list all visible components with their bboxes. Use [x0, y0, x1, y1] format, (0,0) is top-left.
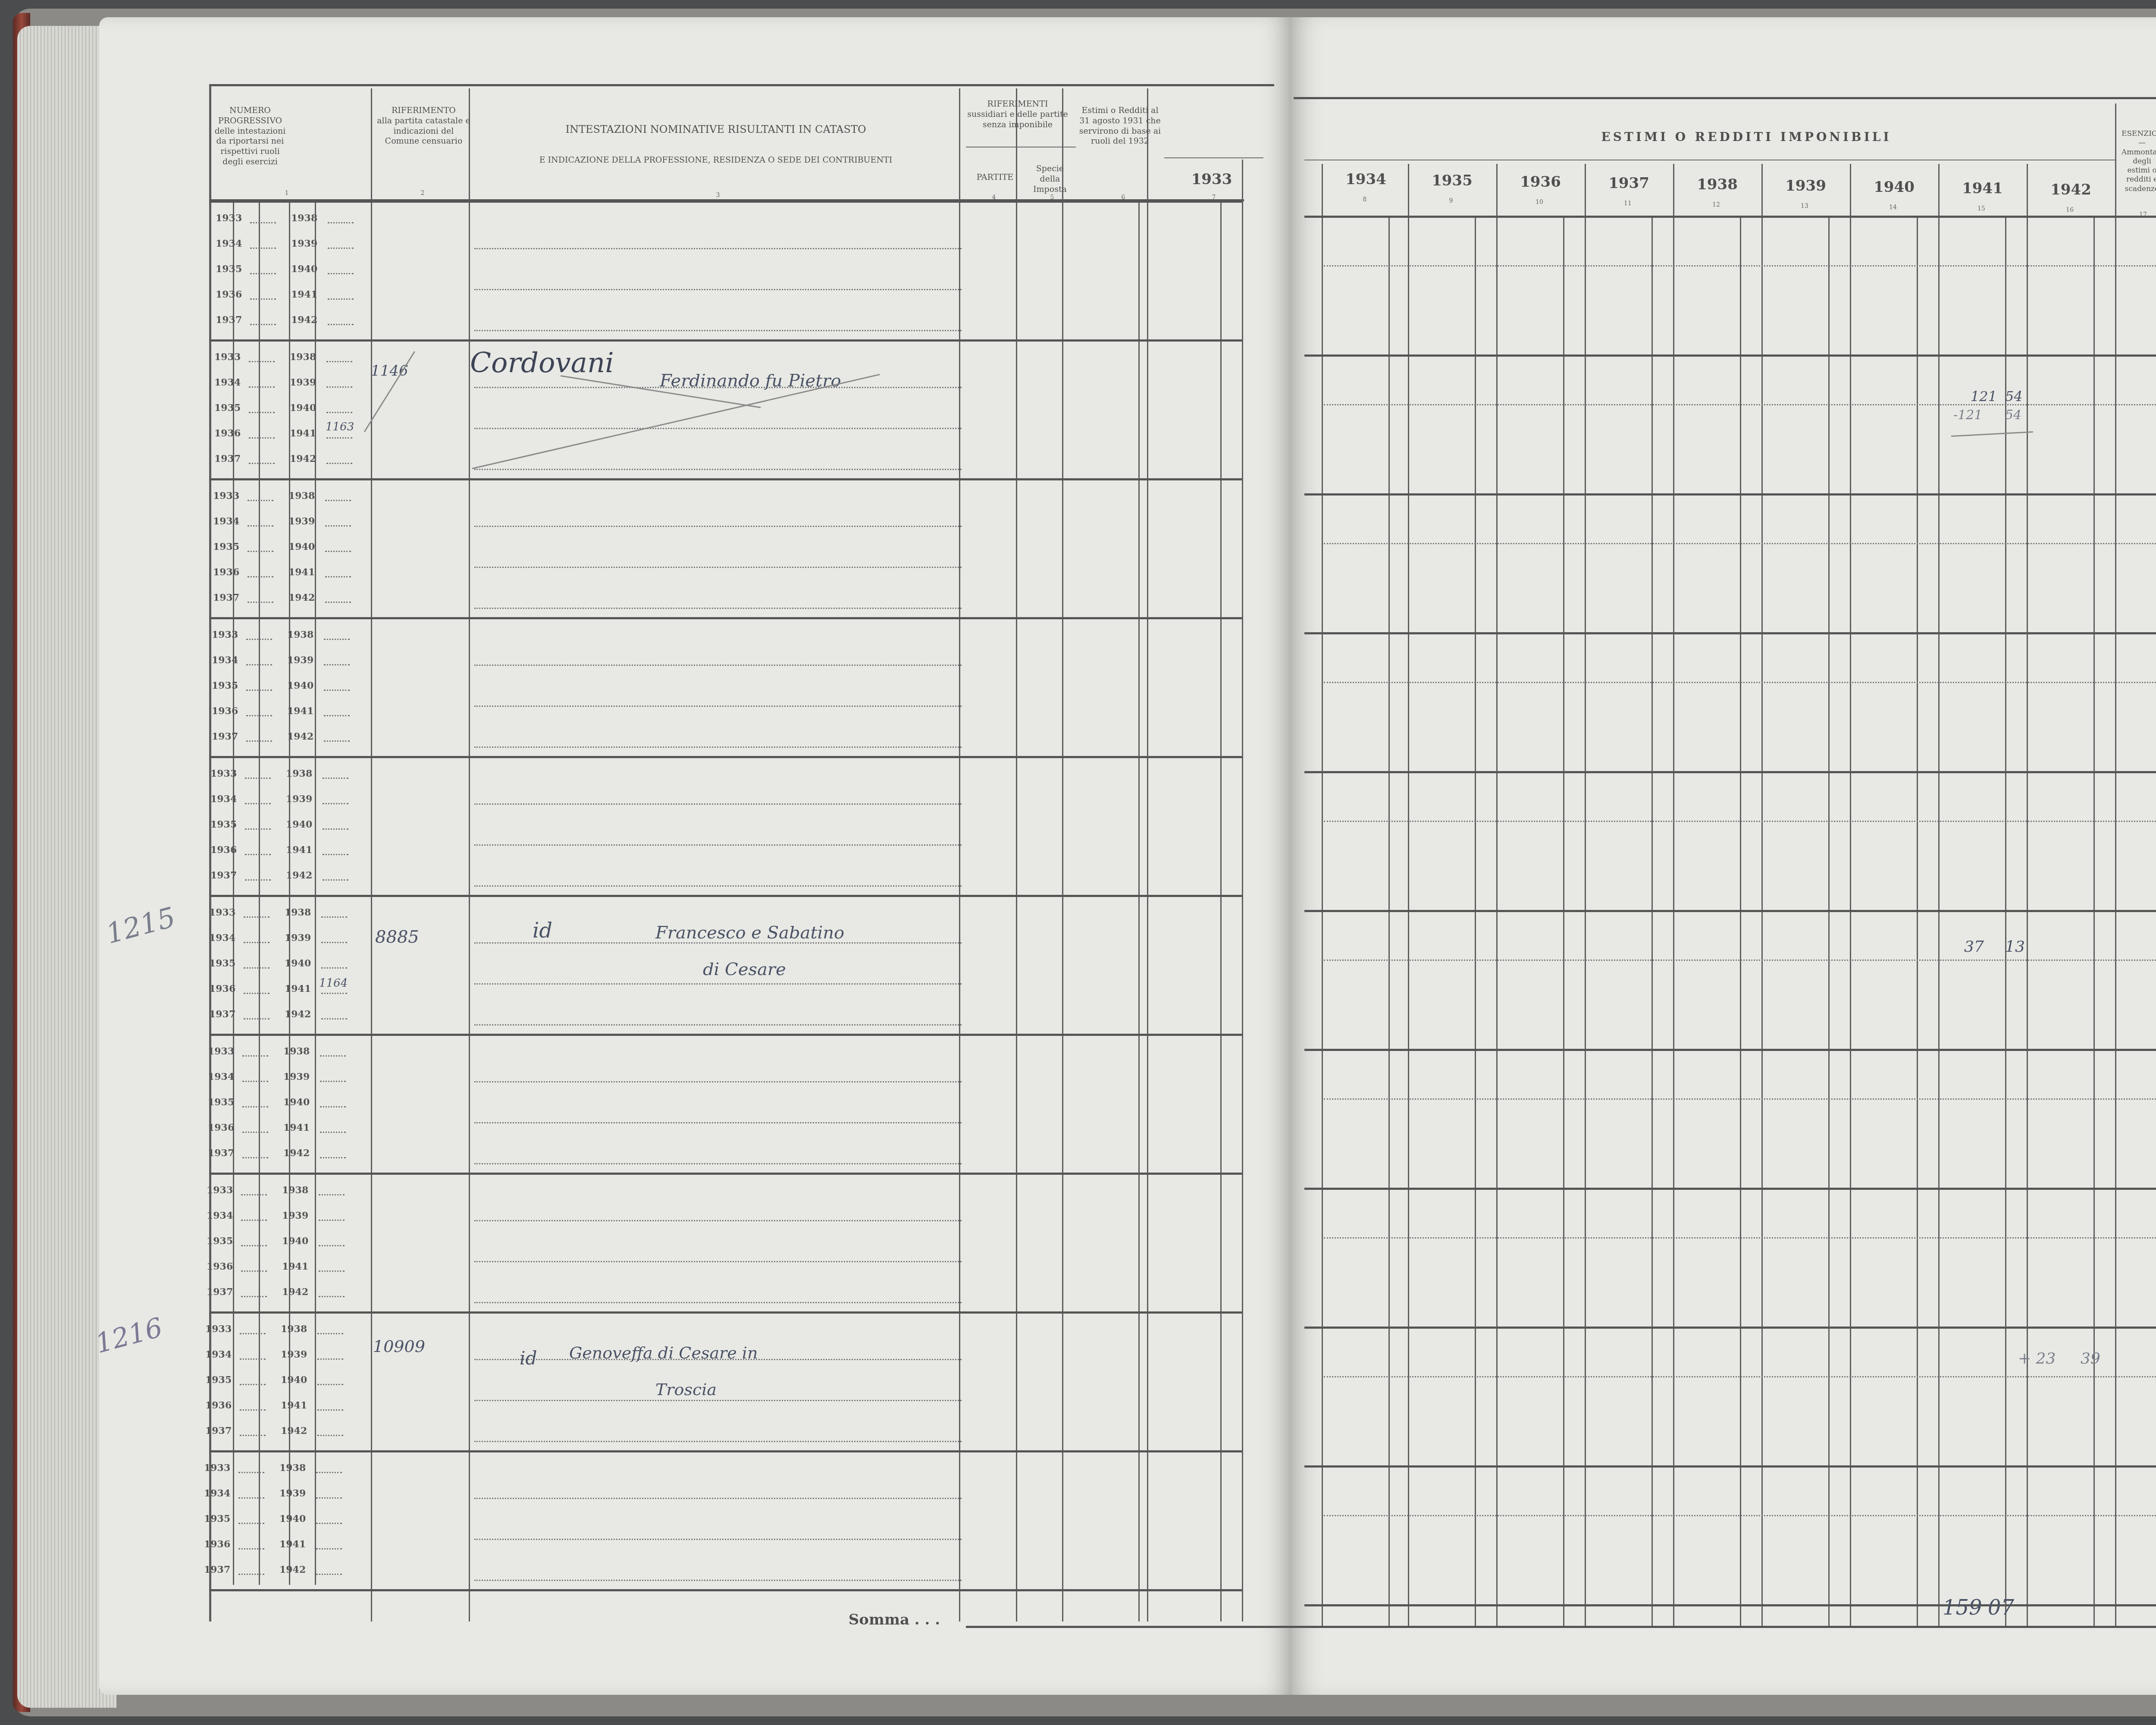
year-label: 1937	[205, 1425, 232, 1436]
header-col7-year: 1933	[1169, 170, 1255, 189]
value-line	[1324, 1376, 2156, 1377]
year-label: 1942	[283, 1148, 310, 1159]
year-label: 1942	[288, 592, 315, 603]
year-label: 1941	[282, 1261, 308, 1272]
name-line	[474, 1261, 962, 1262]
dotted-leader	[241, 1270, 267, 1272]
row-block-divider-right	[1304, 354, 2156, 357]
dotted-leader	[323, 879, 348, 881]
name-line	[474, 567, 962, 568]
dotted-leader	[249, 437, 275, 439]
dotted-leader	[325, 576, 351, 577]
header-year-num: 12	[1710, 201, 1723, 208]
dotted-leader	[246, 690, 272, 691]
entry-name-line2: di Cesare	[703, 960, 786, 979]
header-year-num: 16	[2063, 207, 2076, 213]
year-label: 1940	[283, 1097, 310, 1108]
dotted-leader	[244, 967, 269, 969]
year-label: 1934	[216, 238, 242, 249]
row-block-divider-left	[209, 756, 1242, 758]
name-line	[474, 706, 962, 707]
dotted-leader	[324, 664, 350, 665]
year-label: 1936	[214, 428, 241, 439]
entry-progressive-note: 1163	[326, 420, 354, 433]
dotted-leader	[241, 1245, 267, 1246]
name-line	[474, 1024, 962, 1026]
col-sub-right	[1563, 216, 1564, 1626]
year-label: 1940	[281, 1374, 307, 1386]
left-page	[99, 17, 1291, 1695]
year-label: 1942	[281, 1425, 307, 1436]
value-line	[1324, 265, 2156, 267]
value-line	[1324, 821, 2156, 822]
dotted-leader	[248, 576, 273, 577]
col-sub-right	[1917, 216, 1918, 1626]
header-year-num: 13	[1798, 203, 1811, 210]
name-line	[474, 1122, 962, 1123]
entry-prefix: id	[520, 1348, 537, 1369]
year-label: 1935	[209, 958, 235, 969]
entry-prefix: id	[533, 919, 552, 943]
year-label: 1939	[287, 655, 313, 666]
dotted-leader	[325, 500, 351, 501]
year-label: 1937	[204, 1564, 230, 1575]
dotted-leader	[250, 298, 276, 300]
name-line	[474, 330, 962, 331]
header-col1-num: 1	[280, 190, 293, 197]
year-label: 1937	[214, 453, 241, 464]
year-label: 1934	[208, 1071, 234, 1082]
year-label: 1936	[212, 706, 238, 717]
year-label: 1933	[210, 768, 237, 779]
header-year-1935: 1935	[1408, 172, 1496, 190]
header-col17: ESENZIONI — Ammontare degli estimi o red…	[2122, 129, 2156, 194]
value-line	[1324, 960, 2156, 961]
name-line	[474, 1580, 962, 1581]
year-label: 1938	[283, 1046, 310, 1057]
year-label: 1937	[212, 731, 238, 742]
dotted-leader	[317, 1409, 343, 1411]
dotted-leader	[246, 639, 272, 640]
dotted-leader	[324, 690, 350, 691]
col-divider-right	[1938, 164, 1940, 1626]
dotted-leader	[245, 778, 271, 779]
name-line	[474, 983, 962, 985]
col-sub-right	[1828, 216, 1830, 1626]
row-block-divider-left	[209, 1450, 1242, 1452]
year-label: 1936	[207, 1261, 233, 1272]
header-col45-desc: sussidiari e delle partite senza imponib…	[966, 110, 1069, 130]
name-line	[474, 469, 962, 470]
col-sub-right	[2093, 216, 2095, 1626]
year-label: 1933	[216, 213, 242, 224]
header-col45: RIFERIMENTI sussidiari e delle partite s…	[966, 99, 1069, 130]
dotted-leader	[250, 324, 276, 325]
col-divider-right	[1585, 164, 1586, 1626]
row-block-divider-left	[209, 1034, 1242, 1036]
header-year-1934: 1934	[1322, 170, 1410, 189]
dotted-leader	[320, 1081, 346, 1082]
row-block-divider-right	[1304, 1327, 2156, 1329]
header-col17-dash: —	[2122, 138, 2156, 147]
header-col6: Estimi o Redditi al 31 agosto 1931 che s…	[1078, 106, 1162, 147]
year-label: 1941	[285, 983, 311, 994]
dotted-leader	[321, 993, 347, 994]
year-label: 1935	[210, 819, 237, 830]
dotted-leader	[240, 1358, 266, 1360]
entry-name-line1: Francesco e Sabatino	[655, 923, 844, 943]
value-line	[1324, 543, 2156, 544]
year-label: 1942	[282, 1286, 308, 1298]
year-label: 1939	[281, 1349, 307, 1360]
name-line	[474, 1539, 962, 1540]
row-block-divider-right	[1304, 1049, 2156, 1051]
year-label: 1933	[212, 629, 238, 640]
header-col17-desc: Ammontare degli estimi o redditi e scade…	[2122, 148, 2156, 194]
year-label: 1933	[214, 351, 241, 363]
dotted-leader	[326, 361, 352, 362]
entry-progressive-note: 1164	[319, 977, 348, 990]
col-divider-right	[1761, 164, 1763, 1626]
header-col2: RIFERIMENTO alla partita catastale e ind…	[375, 106, 472, 147]
name-line	[474, 526, 962, 527]
row-block-divider-right	[1304, 1604, 2156, 1606]
row-block-divider-left	[209, 1589, 1242, 1591]
year-label: 1942	[286, 870, 312, 881]
dotted-leader	[248, 525, 273, 527]
dotted-leader	[321, 967, 347, 969]
year-label: 1941	[287, 706, 313, 717]
dotted-leader	[325, 525, 351, 527]
dotted-leader	[321, 942, 347, 943]
name-line	[474, 428, 962, 429]
header-year-1939: 1939	[1761, 177, 1850, 195]
year-label: 1934	[213, 516, 239, 527]
header-col17-num: 17	[2139, 211, 2147, 218]
year-label: 1942	[279, 1564, 306, 1575]
header-col6-num: 6	[1119, 194, 1128, 201]
value-1941-dec: 13	[2005, 938, 2025, 956]
col7-sub	[1220, 203, 1222, 1621]
header-col3-num: 3	[711, 192, 724, 199]
year-label: 1934	[214, 377, 241, 388]
dotted-leader	[249, 386, 275, 388]
dotted-leader	[242, 1157, 268, 1158]
value-line	[1324, 1098, 2156, 1100]
year-label: 1934	[209, 932, 235, 944]
value-1941-int: 37	[1964, 938, 1984, 956]
year-label: 1934	[212, 655, 238, 666]
dotted-leader	[238, 1574, 264, 1575]
header-year-1942: 1942	[2027, 181, 2115, 199]
col-sub-right	[1388, 216, 1390, 1626]
row-block-divider-right	[1304, 910, 2156, 912]
name-line	[474, 289, 962, 290]
name-line	[474, 1400, 962, 1401]
dotted-leader	[317, 1435, 343, 1436]
dotted-leader	[326, 412, 352, 413]
header-year-1941: 1941	[1938, 179, 2027, 198]
dotted-leader	[321, 1018, 347, 1019]
dotted-leader	[319, 1296, 345, 1297]
year-label: 1936	[204, 1539, 230, 1550]
year-label: 1942	[285, 1009, 311, 1020]
header-col45-title: RIFERIMENTI	[966, 99, 1069, 110]
dotted-leader	[319, 1270, 345, 1272]
dotted-leader	[328, 298, 354, 300]
year-label: 1938	[279, 1462, 306, 1474]
dotted-leader	[324, 715, 350, 716]
dotted-leader	[240, 1384, 266, 1385]
progressive-subcol	[259, 201, 260, 1585]
dotted-leader	[246, 740, 272, 742]
estimi-divider	[1304, 160, 2115, 160]
value-1941-int: + 23	[2018, 1350, 2056, 1367]
col-divider-left	[469, 88, 470, 1621]
col-divider-right	[1408, 164, 1409, 1626]
year-label: 1939	[290, 377, 316, 388]
year-label: 1941	[290, 428, 316, 439]
year-label: 1937	[209, 1009, 235, 1020]
year-label: 1935	[216, 263, 242, 275]
col-sub-right	[1651, 216, 1653, 1626]
name-line	[474, 803, 962, 805]
dotted-leader	[319, 1220, 345, 1221]
col-divider-left	[1016, 88, 1017, 1621]
dotted-leader	[323, 854, 348, 855]
dotted-leader	[325, 602, 351, 603]
year-label: 1936	[205, 1400, 232, 1411]
value-1941-dec: 39	[2081, 1350, 2100, 1367]
dotted-leader	[316, 1472, 342, 1473]
dotted-leader	[328, 248, 354, 249]
dotted-leader	[245, 879, 271, 881]
sum-label: Somma . . .	[819, 1611, 940, 1629]
year-label: 1933	[207, 1185, 233, 1196]
header-col5: Specie della Imposta	[1028, 164, 1072, 194]
year-label: 1937	[208, 1148, 234, 1159]
header-col3-title: INTESTAZIONI NOMINATIVE RISULTANTI IN CA…	[479, 123, 953, 136]
dotted-leader	[244, 916, 269, 918]
value-1941-struck-dec: 54	[2005, 408, 2021, 423]
name-line	[474, 1441, 962, 1442]
year-label: 1942	[290, 453, 316, 464]
dotted-leader	[242, 1055, 268, 1057]
year-label: 1942	[287, 731, 313, 742]
dotted-leader	[320, 1157, 346, 1158]
header-year-1936: 1936	[1496, 173, 1585, 191]
sum-1941-dec: 07	[1988, 1596, 2014, 1620]
dotted-leader	[326, 386, 352, 388]
row-block-divider-left	[209, 895, 1242, 897]
dotted-leader	[250, 222, 276, 223]
dotted-leader	[316, 1497, 342, 1499]
year-label: 1939	[279, 1488, 306, 1499]
header-col3-subtitle: E INDICAZIONE DELLA PROFESSIONE, RESIDEN…	[479, 155, 953, 166]
name-line	[474, 1163, 962, 1164]
dotted-leader	[238, 1523, 264, 1524]
sum-1941-int: 159	[1943, 1596, 1982, 1620]
year-label: 1937	[213, 592, 239, 603]
col6-sub	[1138, 203, 1140, 1621]
year-label: 1940	[291, 263, 317, 275]
col17-left	[2115, 103, 2116, 1626]
year-label: 1942	[291, 314, 317, 326]
row-block-divider-left	[209, 478, 1242, 480]
year-label: 1938	[291, 213, 317, 224]
dotted-leader	[245, 828, 271, 830]
dotted-leader	[242, 1106, 268, 1107]
year-label: 1937	[207, 1286, 233, 1298]
dotted-leader	[240, 1435, 266, 1436]
year-label: 1941	[286, 844, 312, 856]
dotted-leader	[241, 1296, 267, 1297]
year-label: 1934	[204, 1488, 230, 1499]
col-sub-right	[1740, 216, 1741, 1626]
name-line	[474, 665, 962, 666]
row-block-divider-left	[209, 617, 1242, 619]
name-line	[474, 1302, 962, 1303]
dotted-leader	[249, 412, 275, 413]
row-block-divider-right	[1304, 216, 2156, 218]
dotted-leader	[242, 1132, 268, 1133]
dotted-leader	[249, 463, 275, 464]
name-line	[474, 1498, 962, 1499]
row-block-divider-right	[1304, 1465, 2156, 1468]
dotted-leader	[245, 854, 271, 855]
dotted-leader	[325, 551, 351, 552]
year-label: 1934	[210, 793, 237, 805]
header-col1: NUMERO PROGRESSIVO delle intestazioni da…	[213, 106, 287, 167]
dotted-leader	[248, 602, 273, 603]
header-col2-title: RIFERIMENTO	[375, 106, 472, 116]
dotted-leader	[324, 740, 350, 742]
dotted-leader	[328, 324, 354, 325]
dotted-leader	[246, 664, 272, 665]
year-label: 1941	[288, 567, 315, 578]
col-divider-right	[1496, 164, 1498, 1626]
riferimenti-divider	[966, 147, 1076, 147]
dotted-leader	[316, 1523, 342, 1524]
dotted-leader	[250, 273, 276, 274]
year-label: 1935	[205, 1374, 232, 1386]
year-label: 1933	[209, 907, 235, 918]
year-1933-divider	[1164, 157, 1263, 158]
year-label: 1940	[290, 402, 316, 414]
header-col7-num: 7	[1210, 194, 1218, 201]
header-col17-title: ESENZIONI	[2122, 129, 2156, 138]
entry-partita: 8885	[375, 927, 419, 947]
year-label: 1935	[208, 1097, 234, 1108]
year-label: 1938	[285, 907, 311, 918]
dotted-leader	[316, 1574, 342, 1575]
dotted-leader	[240, 1333, 266, 1334]
dotted-leader	[244, 942, 269, 943]
year-label: 1937	[216, 314, 242, 326]
value-1941-dec: 54	[2005, 388, 2023, 405]
dotted-leader	[242, 1081, 268, 1082]
dotted-leader	[319, 1245, 345, 1246]
year-label: 1936	[208, 1122, 234, 1133]
dotted-leader	[238, 1548, 264, 1549]
dotted-leader	[321, 916, 347, 918]
header-year-num: 8	[1358, 196, 1371, 203]
year-label: 1940	[285, 958, 311, 969]
col-divider-left	[1147, 88, 1148, 1621]
year-label: 1936	[213, 567, 239, 578]
name-line	[474, 248, 962, 249]
col7-end	[1242, 160, 1243, 1621]
year-label: 1939	[286, 793, 312, 805]
year-label: 1933	[204, 1462, 230, 1474]
dotted-leader	[319, 1194, 345, 1195]
year-label: 1940	[287, 680, 313, 691]
dotted-leader	[328, 222, 354, 223]
dotted-leader	[320, 1055, 346, 1057]
row-block-divider-left	[209, 201, 1242, 203]
entry-partita: 10909	[373, 1337, 425, 1356]
entry-surname: Cordovani	[470, 347, 614, 379]
year-label: 1940	[279, 1513, 306, 1524]
header-col2-desc: alla partita catastale e indicazioni del…	[375, 116, 472, 147]
year-label: 1935	[204, 1513, 230, 1524]
col-divider-right	[1850, 164, 1851, 1626]
header-col1-title: NUMERO PROGRESSIVO	[213, 106, 287, 126]
name-line	[474, 885, 962, 887]
year-label: 1939	[288, 516, 315, 527]
year-label: 1938	[287, 629, 313, 640]
dotted-leader	[323, 803, 348, 804]
dotted-leader	[317, 1358, 343, 1360]
dotted-leader	[238, 1472, 264, 1473]
header-year-1940: 1940	[1850, 178, 1938, 197]
year-label: 1938	[288, 490, 315, 502]
table-top-border-right	[1294, 97, 2156, 99]
row-block-divider-right	[1304, 771, 2156, 773]
col-divider-left	[371, 88, 372, 1621]
dotted-leader	[316, 1548, 342, 1549]
value-line	[1324, 404, 2156, 405]
name-line	[474, 746, 962, 748]
entry-name-line1: Genoveffa di Cesare in	[569, 1343, 758, 1362]
col-divider-right	[1673, 164, 1674, 1626]
col-sub-right	[1475, 216, 1476, 1626]
row-block-divider-left	[209, 1173, 1242, 1175]
dotted-leader	[317, 1384, 343, 1385]
year-label: 1940	[286, 819, 312, 830]
year-label: 1934	[207, 1210, 233, 1221]
row-block-divider-right	[1304, 632, 2156, 634]
year-label: 1940	[282, 1236, 308, 1247]
name-line	[474, 844, 962, 846]
year-label: 1939	[291, 238, 317, 249]
row-block-divider-left	[209, 1311, 1242, 1314]
year-label: 1936	[210, 844, 237, 856]
value-line	[1324, 1515, 2156, 1516]
estimi-title: ESTIMI O REDDITI IMPONIBILI	[1423, 129, 2070, 144]
header-year-num: 14	[1887, 204, 1899, 211]
dotted-leader	[326, 437, 352, 439]
year-label: 1938	[286, 768, 312, 779]
dotted-leader	[246, 715, 272, 716]
col-divider-left	[959, 88, 960, 1621]
year-label: 1936	[216, 289, 242, 300]
header-year-num: 11	[1621, 200, 1634, 207]
year-label: 1941	[281, 1400, 307, 1411]
value-line	[1324, 1237, 2156, 1239]
dotted-leader	[249, 361, 275, 362]
name-line	[474, 1081, 962, 1082]
